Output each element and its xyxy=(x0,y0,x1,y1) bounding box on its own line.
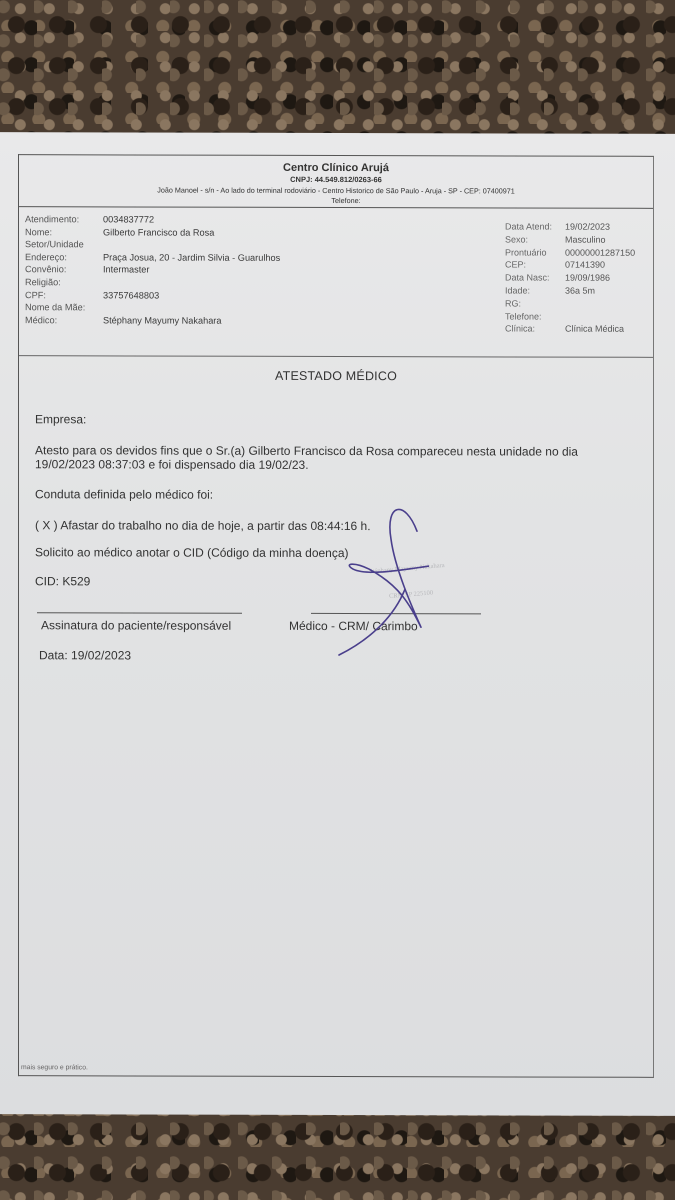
info-label: Idade: xyxy=(505,284,565,297)
info-label: Prontuário xyxy=(505,246,565,259)
info-label: Convênio: xyxy=(25,264,99,277)
info-row: Idade:36a 5m xyxy=(505,284,635,297)
info-label: Religião: xyxy=(25,276,99,289)
info-value xyxy=(99,302,103,315)
info-value: 19/09/1986 xyxy=(565,272,610,285)
countertop-background-top xyxy=(0,0,675,135)
info-label: RG: xyxy=(505,297,565,310)
info-value: 19/02/2023 xyxy=(565,221,610,234)
info-value: 0034837772 xyxy=(99,213,154,226)
cid-request-line: Solicito ao médico anotar o CID (Código … xyxy=(35,545,349,560)
info-value: Masculino xyxy=(565,233,606,246)
clinic-header: Centro Clínico Arujá CNPJ: 44.549.812/02… xyxy=(19,155,653,209)
cid-code: CID: K529 xyxy=(35,574,90,588)
info-label: Endereço: xyxy=(25,251,99,264)
clinic-name: Centro Clínico Arujá xyxy=(19,161,653,175)
certificate-body: ATESTADO MÉDICO Empresa: Atesto para os … xyxy=(19,368,653,384)
info-value: 00000001287150 xyxy=(565,246,635,259)
patient-info-left: Atendimento:0034837772 Nome:Gilberto Fra… xyxy=(25,213,280,327)
info-label: Atendimento: xyxy=(25,213,99,226)
info-label: Nome: xyxy=(25,226,99,239)
info-value: Gilberto Francisco da Rosa xyxy=(99,226,214,239)
attendance-statement: Atesto para os devidos fins que o Sr.(a)… xyxy=(35,443,635,473)
doctor-signature-icon xyxy=(309,499,429,659)
countertop-background-bottom xyxy=(0,1115,675,1200)
info-label: Data Atend: xyxy=(505,220,565,233)
patient-signature-line xyxy=(37,612,242,614)
info-row: CPF:33757648803 xyxy=(25,289,280,302)
info-value: Stéphany Mayumy Nakahara xyxy=(99,314,221,327)
info-value: Intermaster xyxy=(99,264,149,277)
info-value: Praça Josua, 20 - Jardim Silvia - Guarul… xyxy=(99,251,280,264)
info-row: Data Atend:19/02/2023 xyxy=(505,220,635,233)
info-row: Convênio:Intermaster xyxy=(25,264,280,277)
info-row: Data Nasc:19/09/1986 xyxy=(505,272,635,285)
clinic-address: João Manoel - s/n - Ao lado do terminal … xyxy=(19,185,653,196)
info-value: 36a 5m xyxy=(565,285,595,298)
info-value: 07141390 xyxy=(565,259,605,272)
info-label: Clínica: xyxy=(505,323,565,336)
info-label: Médico: xyxy=(25,314,99,327)
patient-info-block: Atendimento:0034837772 Nome:Gilberto Fra… xyxy=(19,207,653,358)
clinic-cnpj: CNPJ: 44.549.812/0263-66 xyxy=(19,174,653,185)
clinic-phone: Telefone: xyxy=(19,195,653,206)
footer-note: mais seguro e prático. xyxy=(21,1064,88,1071)
info-value: Clínica Médica xyxy=(565,323,624,336)
info-row: Clínica:Clínica Médica xyxy=(505,323,635,336)
info-label: Nome da Mãe: xyxy=(25,301,99,314)
info-row: Religião: xyxy=(25,276,280,289)
info-label: CEP: xyxy=(505,259,565,272)
info-label: CPF: xyxy=(25,289,99,302)
info-label: Sexo: xyxy=(505,233,565,246)
info-label: Data Nasc: xyxy=(505,272,565,285)
info-row: Endereço:Praça Josua, 20 - Jardim Silvia… xyxy=(25,251,280,264)
info-row: Nome da Mãe: xyxy=(25,301,280,314)
medical-certificate-paper: Centro Clínico Arujá CNPJ: 44.549.812/02… xyxy=(0,132,675,1116)
patient-signature-label: Assinatura do paciente/responsável xyxy=(41,618,231,632)
patient-info-right: Data Atend:19/02/2023 Sexo:Masculino Pro… xyxy=(505,220,635,336)
info-row: Sexo:Masculino xyxy=(505,233,635,246)
info-value xyxy=(99,276,103,289)
info-row: Prontuário00000001287150 xyxy=(505,246,635,259)
company-label: Empresa: xyxy=(35,412,86,426)
info-row: RG: xyxy=(505,297,635,310)
conduct-label: Conduta definida pelo médico foi: xyxy=(35,487,213,501)
certificate-date: Data: 19/02/2023 xyxy=(39,648,131,662)
document-frame: Centro Clínico Arujá CNPJ: 44.549.812/02… xyxy=(18,154,654,1078)
info-row: Atendimento:0034837772 xyxy=(25,213,280,226)
info-row: CEP:07141390 xyxy=(505,259,635,272)
info-label: Telefone: xyxy=(505,310,565,323)
info-row: Setor/Unidade xyxy=(25,238,280,251)
info-label: Setor/Unidade xyxy=(25,238,99,251)
certificate-title: ATESTADO MÉDICO xyxy=(19,368,653,384)
info-value xyxy=(99,239,103,252)
info-row: Telefone: xyxy=(505,310,635,323)
info-value: 33757648803 xyxy=(99,289,159,302)
info-row: Nome:Gilberto Francisco da Rosa xyxy=(25,226,280,239)
info-row: Médico:Stéphany Mayumy Nakahara xyxy=(25,314,280,327)
